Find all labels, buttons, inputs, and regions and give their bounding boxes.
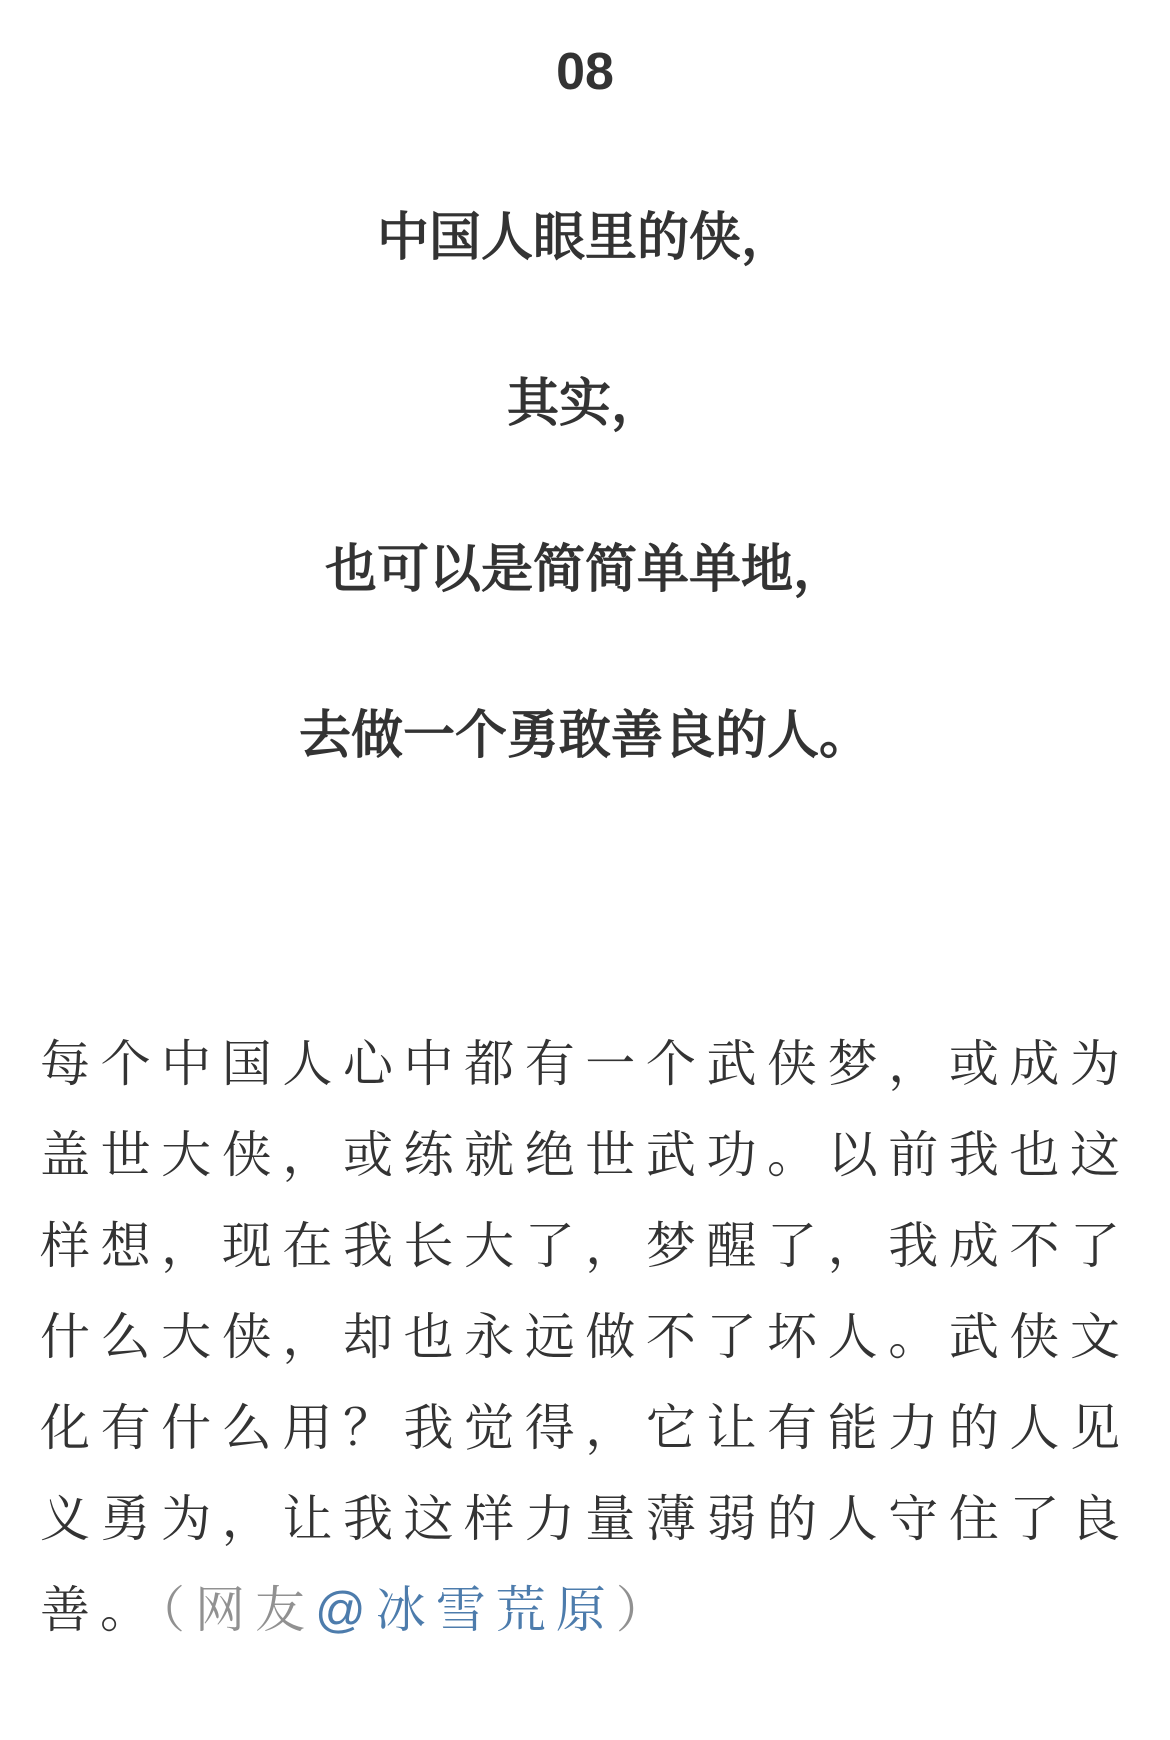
headline-block: 08 中国人眼里的侠， 其实， 也可以是简简单单地， 去做一个勇敢善良的人。 (0, 0, 1170, 764)
body-paragraph: 每个中国人心中都有一个武侠梦，或成为盖世大侠，或练就绝世武功。以前我也这样想，现… (40, 1019, 1130, 1656)
paragraph-text: 每个中国人心中都有一个武侠梦，或成为盖世大侠，或练就绝世武功。以前我也这样想，现… (40, 1036, 1130, 1638)
headline-line-4: 去做一个勇敢善良的人。 (0, 708, 1170, 764)
article-page: 08 中国人眼里的侠， 其实， 也可以是简简单单地， 去做一个勇敢善良的人。 每… (0, 0, 1170, 1740)
attribution-prefix: （网友 (160, 1582, 315, 1638)
section-number: 08 (0, 44, 1170, 100)
headline-line-1: 中国人眼里的侠， (0, 210, 1170, 266)
netizen-mention-link[interactable]: @冰雪荒原 (315, 1582, 616, 1638)
headline-line-3: 也可以是简简单单地， (0, 542, 1170, 598)
headline-line-2: 其实， (0, 376, 1170, 432)
attribution-suffix: ） (616, 1582, 676, 1638)
